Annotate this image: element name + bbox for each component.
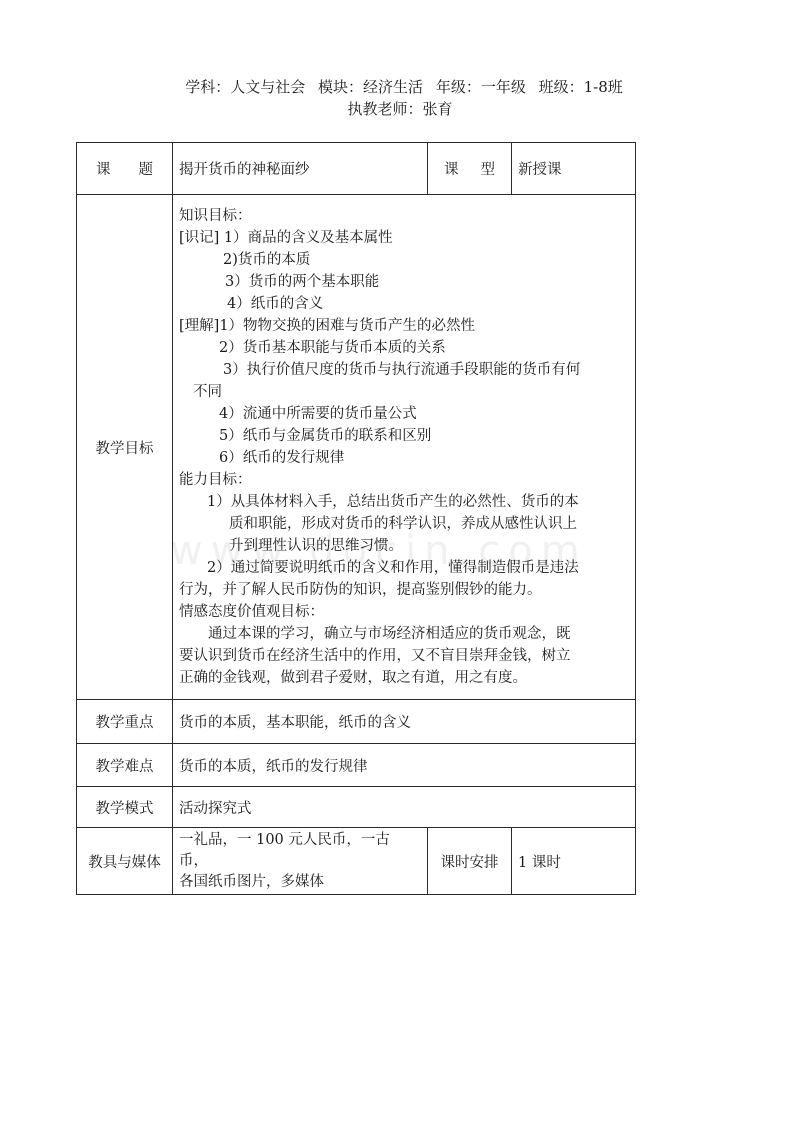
topic-value: 揭开货币的神秘面纱: [173, 143, 428, 195]
ability-item-continued: 质和职能，形成对货币的科学认识，养成从感性认识上: [179, 513, 629, 535]
module-value: 经济生活: [363, 78, 423, 96]
memorize-item: 3）货币的两个基本职能: [179, 271, 629, 293]
class-value: 1-8班: [584, 78, 623, 96]
mode-row: 教学模式 活动探究式: [77, 787, 636, 828]
grade-label: 年级：: [436, 78, 481, 96]
ability-item: 1）从具体材料入手，总结出货币产生的必然性、货币的本: [179, 491, 629, 513]
understand-item: 3）执行价值尺度的货币与执行流通手段职能的货币有何: [179, 359, 629, 381]
ability-heading: 能力目标：: [179, 469, 629, 491]
ability-item-continued: 升到理性认识的思维习惯。: [179, 535, 629, 557]
objectives-content: 知识目标： [识记] 1）商品的含义及基本属性 2)货币的本质 3）货币的两个基…: [173, 195, 636, 700]
emotion-text: 正确的金钱观，做到君子爱财，取之有道，用之有度。: [179, 667, 629, 689]
header-info-line: 学科：人文与社会 模块：经济生活 年级：一年级 班级：1-8班: [0, 76, 800, 98]
memorize-item: 4）纸币的含义: [179, 293, 629, 315]
media-line: 币，: [179, 851, 421, 872]
subject-label: 学科：: [185, 78, 230, 96]
understand-item: 2）货币基本职能与货币本质的关系: [179, 337, 629, 359]
memorize-item: [识记] 1）商品的含义及基本属性: [179, 227, 629, 249]
understand-item: 不同: [179, 381, 629, 403]
difficulties-row: 教学难点 货币的本质，纸币的发行规律: [77, 744, 636, 787]
knowledge-heading: 知识目标：: [179, 205, 629, 227]
teacher-line: 执教老师：张育: [0, 98, 800, 120]
lesson-plan-table: 课题 揭开货币的神秘面纱 课型 新授课 教学目标 知识目标： [识记] 1）商品…: [76, 142, 636, 895]
understand-item: 4）流通中所需要的货币量公式: [179, 403, 629, 425]
module-label: 模块：: [318, 78, 363, 96]
media-row: 教具与媒体 一礼品，一 100 元人民币，一古 币， 各国纸币图片，多媒体 课时…: [77, 828, 636, 895]
media-line: 一礼品，一 100 元人民币，一古: [179, 830, 421, 851]
emotion-text: 要认识到货币在经济生活中的作用，又不盲目崇拜金钱，树立: [179, 645, 629, 667]
media-value: 一礼品，一 100 元人民币，一古 币， 各国纸币图片，多媒体: [173, 828, 428, 895]
schedule-value: 1 课时: [512, 828, 636, 895]
difficulties-value: 货币的本质，纸币的发行规律: [173, 744, 636, 787]
grade-value: 一年级: [481, 78, 526, 96]
understand-item: 6）纸币的发行规律: [179, 447, 629, 469]
ability-item-continued: 行为，并了解人民币防伪的知识，提高鉴别假钞的能力。: [179, 579, 629, 601]
media-label: 教具与媒体: [77, 828, 173, 895]
emotion-heading: 情感态度价值观目标：: [179, 601, 629, 623]
key-points-label: 教学重点: [77, 700, 173, 744]
understand-item: 5）纸币与金属货币的联系和区别: [179, 425, 629, 447]
objectives-label: 教学目标: [77, 195, 173, 700]
key-points-row: 教学重点 货币的本质，基本职能，纸币的含义: [77, 700, 636, 744]
ability-item: 2）通过简要说明纸币的含义和作用，懂得制造假币是违法: [179, 557, 629, 579]
topic-row: 课题 揭开货币的神秘面纱 课型 新授课: [77, 143, 636, 195]
media-line: 各国纸币图片，多媒体: [179, 872, 421, 893]
mode-value: 活动探究式: [173, 787, 636, 828]
teacher-value: 张育: [423, 100, 453, 118]
mode-label: 教学模式: [77, 787, 173, 828]
subject-value: 人文与社会: [230, 78, 305, 96]
document-header: 学科：人文与社会 模块：经济生活 年级：一年级 班级：1-8班 执教老师：张育: [0, 76, 800, 120]
type-value: 新授课: [512, 143, 636, 195]
understand-item: [理解]1）物物交换的困难与货币产生的必然性: [179, 315, 629, 337]
difficulties-label: 教学难点: [77, 744, 173, 787]
key-points-value: 货币的本质，基本职能，纸币的含义: [173, 700, 636, 744]
teacher-label: 执教老师：: [347, 100, 422, 118]
schedule-label: 课时安排: [428, 828, 512, 895]
memorize-item: 2)货币的本质: [179, 249, 629, 271]
type-label: 课型: [428, 143, 512, 195]
topic-label: 课题: [77, 143, 173, 195]
class-label: 班级：: [539, 78, 584, 96]
emotion-text: 通过本课的学习，确立与市场经济相适应的货币观念，既: [179, 623, 629, 645]
objectives-row: 教学目标 知识目标： [识记] 1）商品的含义及基本属性 2)货币的本质 3）货…: [77, 195, 636, 700]
